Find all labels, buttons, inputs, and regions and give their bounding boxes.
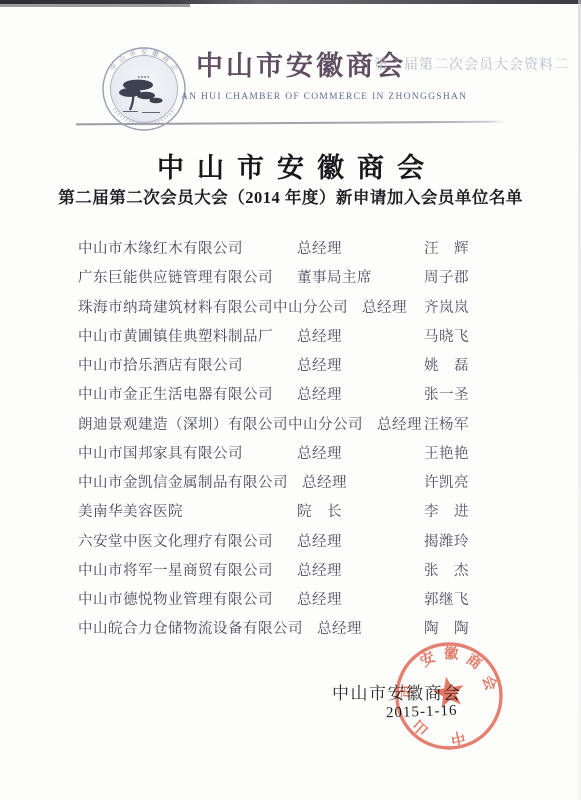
member-company: 中山市拾乐酒店有限公司 [78, 355, 243, 377]
scanned-document-page: 中山市安徽商会 中山市安徽商会 AN HUI CHAMBER OF COMMER… [0, 0, 581, 800]
member-name: 汪 辉 [424, 238, 469, 260]
member-company: 中山市木缘红木有限公司 [78, 238, 243, 260]
member-name: 郭继飞 [424, 589, 469, 611]
table-row: 六安堂中医文化理疗有限公司 总经理 揭潍玲 [78, 531, 573, 553]
document-title: 中山市安徽商会 [0, 146, 581, 185]
member-title: 总经理 [362, 297, 407, 319]
red-seal-stamp-icon: 中山市安徽商会 [386, 633, 516, 763]
star-icon [433, 677, 464, 708]
member-company: 中山市金正生活电器有限公司 [78, 384, 273, 406]
table-row: 珠海市纳琦建筑材料有限公司中山分公司 总经理 齐岚岚 [78, 297, 573, 319]
svg-text:商: 商 [463, 650, 486, 673]
member-name: 张 杰 [424, 560, 469, 582]
table-row: 中山市金凯信金属制品有限公司 总经理 许凯亮 [78, 472, 573, 494]
member-company: 珠海市纳琦建筑材料有限公司中山分公司 [78, 297, 348, 319]
corner-note: 第二届第二次会员大会资料二 [374, 54, 581, 74]
member-title: 总经理 [297, 443, 342, 465]
member-name: 姚 磊 [424, 355, 469, 377]
table-row: 中山市金正生活电器有限公司 总经理 张一圣 [78, 384, 573, 406]
letterhead-org-name-english: AN HUI CHAMBER OF COMMERCE IN ZHONGGSHAN [181, 92, 467, 102]
member-company: 中山皖合力仓储物流设备有限公司 [78, 618, 303, 640]
table-row: 广东巨能供应链管理有限公司 董事局主席 周子郡 [78, 267, 573, 289]
member-company: 中山市将军一星商贸有限公司 [78, 560, 273, 582]
document-subtitle: 第二届第二次会员大会（2014 年度）新申请加入会员单位名单 [0, 184, 581, 208]
member-title: 总经理 [377, 414, 422, 436]
member-company: 中山市德悦物业管理有限公司 [78, 589, 273, 611]
member-name: 李 进 [424, 501, 469, 523]
member-name: 汪杨军 [424, 414, 469, 436]
member-title: 院 长 [297, 501, 342, 523]
table-row: 美南华美容医院 院 长 李 进 [78, 501, 573, 523]
table-row: 朗迪景观建造（深圳）有限公司中山分公司 总经理 汪杨军 [78, 414, 573, 436]
table-row: 中山市黄圃镇佳典塑料制品厂 总经理 马晓飞 [78, 326, 573, 348]
member-company: 广东巨能供应链管理有限公司 [78, 267, 273, 289]
table-row: 中山市拾乐酒店有限公司 总经理 姚 磊 [78, 355, 573, 377]
member-title: 董事局主席 [297, 267, 372, 289]
chamber-logo-icon: 中山市安徽商会 [101, 46, 187, 132]
member-name: 揭潍玲 [424, 531, 469, 553]
member-title: 总经理 [297, 531, 342, 553]
member-name: 周子郡 [424, 267, 469, 289]
member-company: 六安堂中医文化理疗有限公司 [78, 531, 273, 553]
svg-text:安: 安 [141, 47, 148, 56]
svg-text:市: 市 [397, 683, 416, 700]
stamp-area: 中山市安徽商会 2015-1-16 中山市安徽商会 [330, 630, 520, 800]
member-title: 总经理 [297, 589, 342, 611]
member-title: 总经理 [297, 238, 342, 260]
member-name: 张一圣 [424, 384, 469, 406]
member-title: 总经理 [302, 472, 347, 494]
scan-edge-artifact [0, 4, 190, 7]
table-row: 中山市木缘红木有限公司 总经理 汪 辉 [78, 238, 573, 260]
member-name: 许凯亮 [424, 472, 469, 494]
member-company: 朗迪景观建造（深圳）有限公司中山分公司 [78, 414, 363, 436]
member-name: 王艳艳 [424, 443, 469, 465]
table-row: 中山市国邦家具有限公司 总经理 王艳艳 [78, 443, 573, 465]
member-company: 中山市国邦家具有限公司 [78, 443, 243, 465]
member-title: 总经理 [297, 355, 342, 377]
member-title: 总经理 [297, 384, 342, 406]
member-company: 中山市金凯信金属制品有限公司 [78, 472, 288, 494]
member-name: 马晓飞 [424, 326, 469, 348]
svg-text:中: 中 [449, 727, 467, 747]
member-company: 中山市黄圃镇佳典塑料制品厂 [78, 326, 273, 348]
member-title: 总经理 [297, 560, 342, 582]
table-row: 中山市德悦物业管理有限公司 总经理 郭继飞 [78, 589, 573, 611]
member-list: 中山市木缘红木有限公司 总经理 汪 辉 广东巨能供应链管理有限公司 董事局主席 … [78, 238, 573, 638]
member-company: 美南华美容医院 [78, 501, 183, 523]
table-row: 中山市将军一星商贸有限公司 总经理 张 杰 [78, 560, 573, 582]
member-name: 齐岚岚 [424, 297, 469, 319]
svg-text:徽: 徽 [444, 645, 460, 663]
member-title: 总经理 [297, 326, 342, 348]
